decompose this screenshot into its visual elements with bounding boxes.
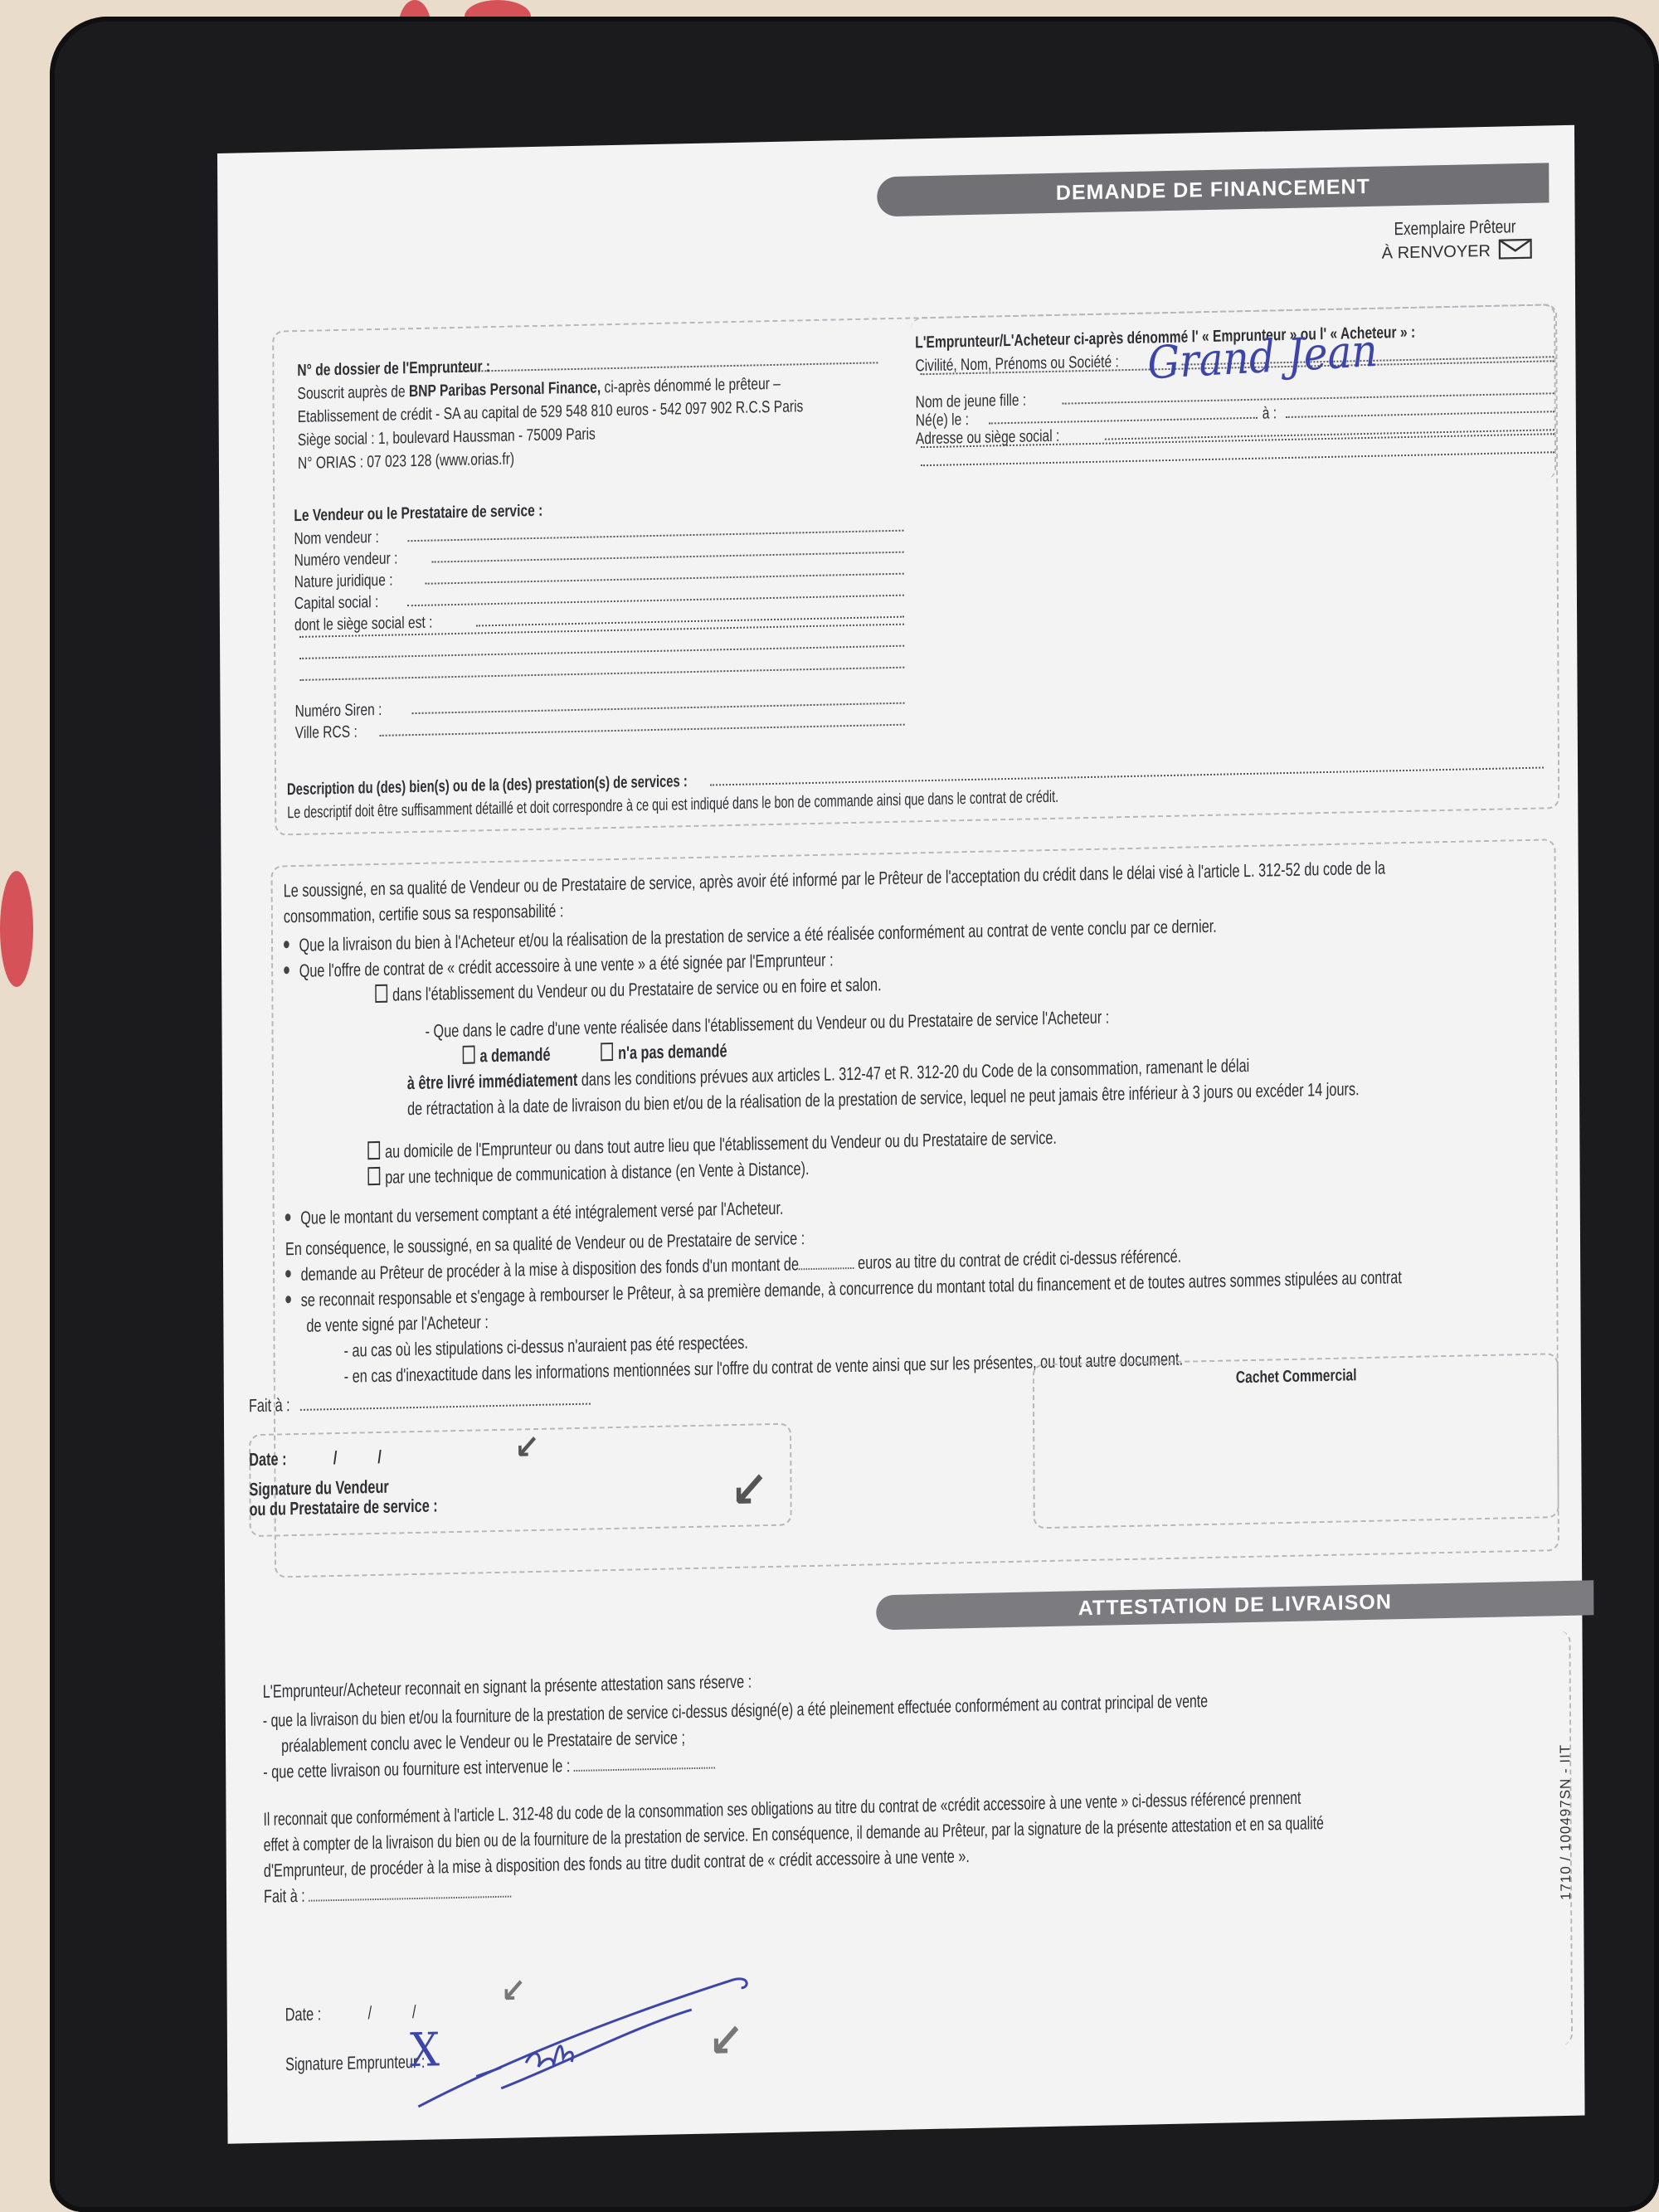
copy-label: Exemplaire Prêteur — [1394, 213, 1516, 241]
form-reference: 1710 / 100497SN - IIT — [1557, 1743, 1574, 1900]
return-label: À RENVOYER — [1382, 239, 1491, 267]
form-title-band: DEMANDE DE FINANCEMENT — [877, 163, 1549, 216]
vendor-field-label: Ville RCS : — [295, 720, 358, 745]
certification-section: Le soussigné, en sa qualité de Vendeur o… — [284, 852, 1547, 1391]
financing-form-page: DEMANDE DE FINANCEMENT Exemplaire Prêteu… — [217, 125, 1585, 2144]
checkbox-establishment[interactable] — [375, 984, 387, 1003]
commercial-stamp-label: Cachet Commercial — [1236, 1364, 1357, 1389]
checkbox-not-requested[interactable] — [601, 1043, 613, 1061]
form-title: DEMANDE DE FINANCEMENT — [1056, 174, 1370, 205]
sign-here-arrow-icon: ↙ — [730, 1461, 768, 1519]
borrower-signature[interactable]: X — [401, 1967, 751, 2120]
signature-cross-mark: X — [410, 2023, 440, 2078]
vendor-date-field[interactable]: Date : / / — [249, 1444, 382, 1472]
signature-scribble-icon — [401, 1967, 751, 2116]
checkbox-distance[interactable] — [367, 1167, 380, 1185]
option-not-requested[interactable]: n'a pas demandé — [601, 1040, 727, 1063]
checkbox-requested[interactable] — [463, 1046, 475, 1064]
return-label-group: À RENVOYER — [1382, 238, 1532, 267]
attestation-section: L'Emprunteur/Acheteur reconnait en signa… — [263, 1651, 1566, 1909]
checkbox-home[interactable] — [367, 1141, 380, 1159]
borrower-date-field[interactable]: Date : / / — [285, 1999, 416, 2027]
attestation-title: ATTESTATION DE LIVRAISON — [1078, 1590, 1392, 1621]
amount-field[interactable] — [799, 1254, 854, 1270]
vendor-signature-label: Signature du Vendeur ou du Prestataire d… — [249, 1475, 437, 1519]
option-requested[interactable]: a demandé — [463, 1044, 551, 1067]
attestation-title-band: ATTESTATION DE LIVRAISON — [876, 1580, 1593, 1630]
sign-here-arrow-icon: ↙ — [514, 1428, 539, 1467]
vendor-section: Le Vendeur ou le Prestataire de service … — [294, 492, 904, 743]
envelope-icon — [1499, 239, 1532, 264]
background-flower — [0, 871, 33, 987]
